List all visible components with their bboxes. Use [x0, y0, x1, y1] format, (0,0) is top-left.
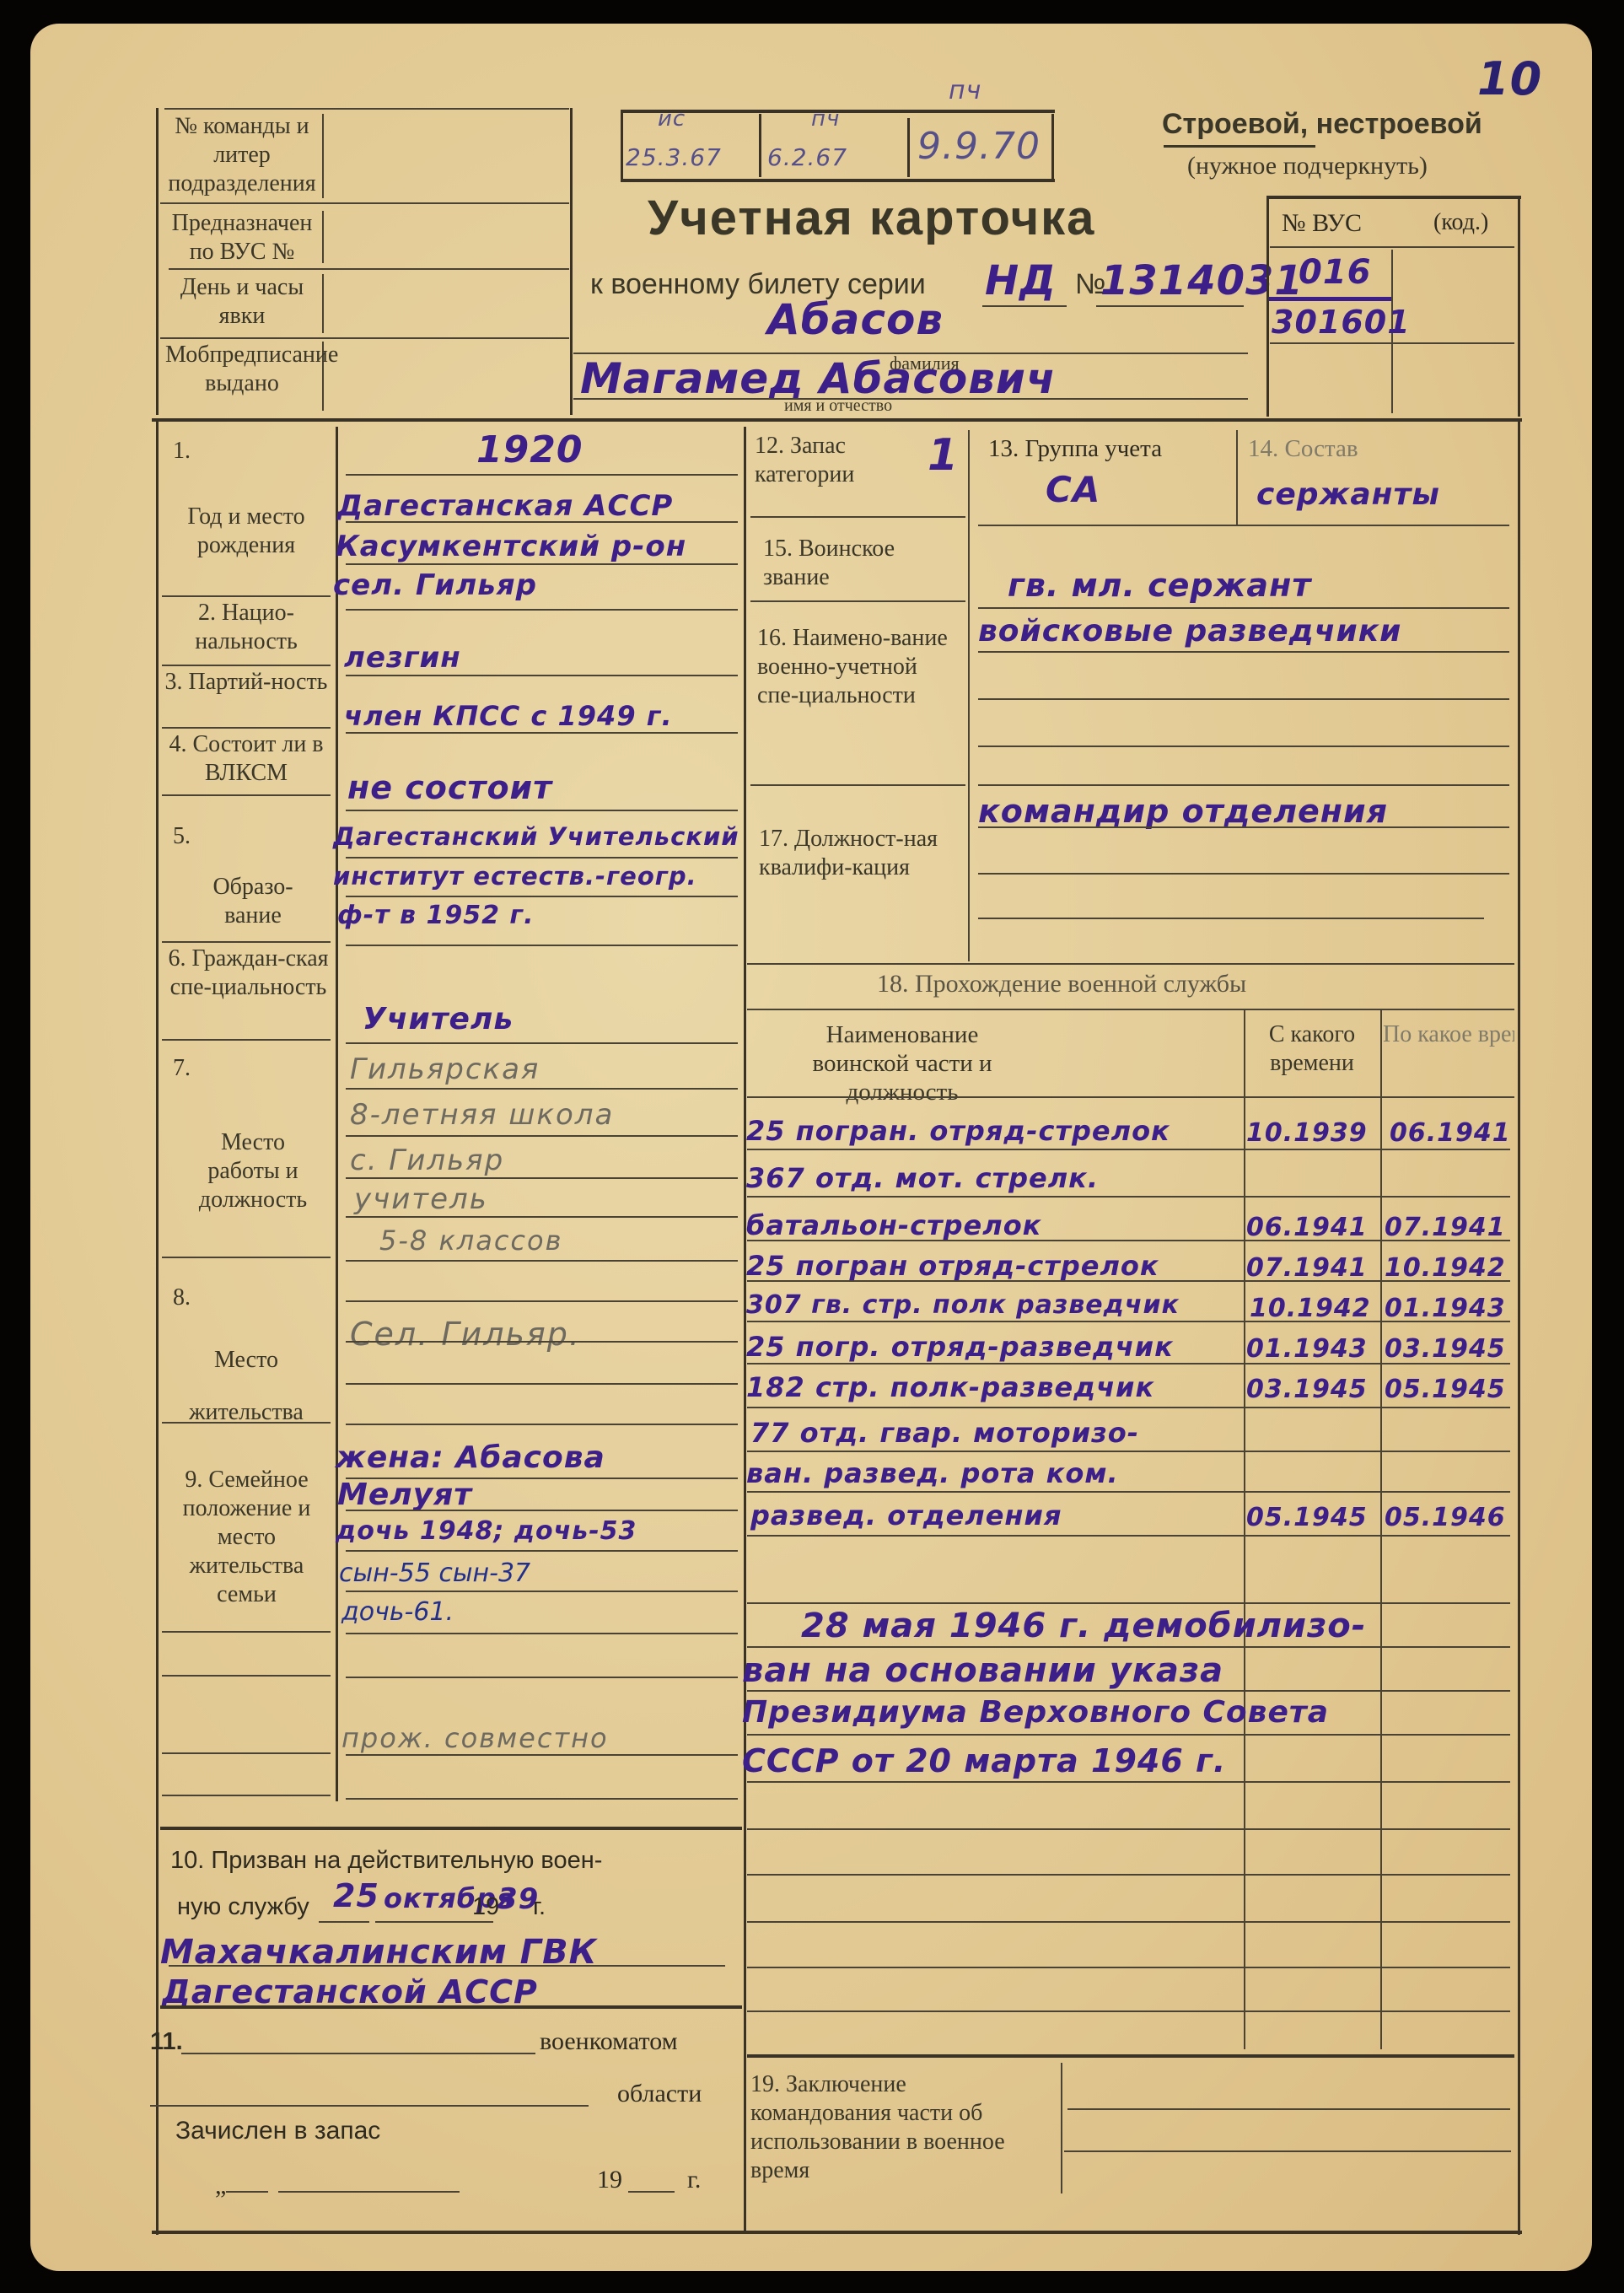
row-3-from: 06.1941 [1246, 1213, 1368, 1242]
komsomol-value: не состоит [347, 769, 552, 806]
row-5-to: 01.1943 [1385, 1294, 1506, 1323]
birth-place-3: сел. Гильяр [333, 568, 537, 602]
family-4: сын-55 сын-37 [339, 1558, 530, 1588]
field-12-label: 12. Запас категории [755, 432, 923, 489]
field-7-label: Место работы и должность [194, 1128, 312, 1214]
field-11-number: 11. [150, 2028, 183, 2056]
stamp-1-date: 25.3.67 [626, 143, 722, 171]
education-3: ф-т в 1952 г. [337, 901, 535, 930]
row-10-to: 05.1946 [1385, 1503, 1506, 1532]
row-5-unit: 307 гв. стр. полк разведчик [746, 1290, 1180, 1320]
row-3-to: 07.1941 [1385, 1213, 1506, 1242]
field-18-title: 18. Прохождение военной службы [877, 970, 1246, 998]
account-group-value: СА [1046, 469, 1100, 510]
vus-label: № ВУС [1282, 209, 1362, 238]
row-7-to: 05.1945 [1385, 1375, 1506, 1404]
left-box-label-1: № команды и литер подразделения [165, 112, 319, 198]
reserve-category-value: 1 [928, 430, 959, 481]
education-1: Дагестанский Учительский [333, 822, 739, 851]
row-7-from: 03.1945 [1246, 1375, 1368, 1404]
row-9-unit: ван. развед. рота ком. [746, 1457, 1119, 1489]
field-5-number: 5. [173, 822, 191, 851]
stamp-1-top: ис [658, 106, 686, 132]
field-19-label: 19. Заключение командования части об исп… [750, 2070, 1041, 2185]
residence-value: Сел. Гильяр. [350, 1316, 581, 1353]
field-9-label: 9. Семейное положение и место жительства… [160, 1466, 333, 1609]
family-3: дочь 1948; дочь-53 [336, 1516, 637, 1546]
row-2-unit: 367 отд. мот. стрелк. [746, 1162, 1099, 1194]
card-title: Учетная карточка [648, 190, 1095, 246]
family-2: Мелуят [337, 1478, 472, 1512]
surname: Абасов [767, 295, 944, 344]
left-box-label-2: Предназначен по ВУС № [165, 209, 319, 266]
service-col-from: С какого времени [1246, 1020, 1378, 1078]
rank-value: гв. мл. сержант [1008, 567, 1311, 604]
demob-note-3: Президиума Верховного Совета [742, 1695, 1329, 1730]
field-3-label: 3. Партий-ность [162, 668, 331, 697]
conscription-year-end: г. [533, 1893, 546, 1921]
specialty-value: войсковые разведчики [978, 614, 1401, 649]
workplace-5: 5-8 классов [379, 1225, 562, 1257]
row-1-from: 10.1939 [1246, 1118, 1368, 1148]
demob-note-1: 28 мая 1946 г. демобилизо- [801, 1607, 1366, 1645]
vus-number: 016 [1299, 253, 1372, 292]
qualification-value: командир отделения [978, 793, 1388, 830]
family-5: дочь-61. [341, 1597, 454, 1627]
field-1-label: Год и место рождения [162, 503, 331, 560]
field-17-label: 17. Должност-ная квалифи-кация [759, 825, 953, 882]
birth-place-2: Касумкентский р-он [336, 530, 686, 563]
oblast-label: области [617, 2080, 702, 2108]
name-caption: имя и отчество [784, 396, 892, 416]
ticket-series: НД [985, 257, 1057, 304]
vus-code-label: (код.) [1433, 209, 1488, 236]
stamp-3-date: 9.9.70 [917, 125, 1041, 168]
party-value: член КПСС с 1949 г. [344, 700, 673, 732]
birth-year: 1920 [476, 428, 583, 471]
vus-code: 301601 [1272, 304, 1411, 341]
field-7-number: 7. [173, 1054, 191, 1083]
left-box-label-3: День и часы явки [165, 273, 319, 331]
row-4-to: 10.1942 [1385, 1253, 1506, 1283]
field-6-label: 6. Граждан-ская спе-циальность [162, 945, 335, 1002]
row-3-unit: батальон-стрелок [746, 1209, 1041, 1241]
voenkomat-label: военкоматом [540, 2027, 678, 2056]
birth-place-1: Дагестанская АССР [337, 489, 673, 523]
field-16-label: 16. Наимено-вание военно-учетной спе-циа… [757, 624, 951, 710]
field-1-number: 1. [173, 437, 191, 466]
service-type: Строевой, нестроевой [1162, 108, 1482, 141]
field-8-number: 8. [173, 1284, 191, 1312]
row-4-from: 07.1941 [1246, 1253, 1368, 1283]
left-box-label-4: Мобпредписание выдано [165, 341, 319, 398]
conscription-day: 25 [333, 1877, 379, 1914]
reserve-year-prefix: 19 [597, 2166, 622, 2194]
demob-note-2: ван на основании указа [742, 1651, 1223, 1690]
row-7-unit: 182 стр. полк-разведчик [746, 1371, 1154, 1403]
row-6-from: 01.1943 [1246, 1334, 1368, 1364]
row-8-unit: 77 отд. гвар. моторизо- [750, 1417, 1139, 1449]
row-4-unit: 25 погран отряд-стрелок [746, 1250, 1159, 1282]
field-10-label-2: ную службу [177, 1893, 309, 1921]
row-10-from: 05.1945 [1246, 1503, 1368, 1532]
family-1: жена: Абасова [336, 1440, 605, 1475]
stamp-2-top: пч [811, 106, 840, 132]
field-10-label-1: 10. Призван на действительную воен- [170, 1847, 602, 1875]
page-number: 10 [1477, 52, 1542, 105]
field-14-label: 14. Состав [1248, 435, 1358, 463]
row-5-from: 10.1942 [1250, 1294, 1371, 1323]
staff-value: сержанты [1256, 477, 1440, 512]
workplace-1: Гильярская [350, 1052, 540, 1086]
conscription-year-prefix: 19 [472, 1893, 499, 1921]
top-stamp-note: пч [949, 76, 981, 105]
civil-specialty-value: Учитель [363, 1002, 514, 1036]
demob-note-4: СССР от 20 марта 1946 г. [742, 1742, 1226, 1779]
workplace-3: с. Гильяр [350, 1144, 504, 1177]
field-15-label: 15. Воинское звание [763, 535, 949, 592]
workplace-2: 8-летняя школа [350, 1098, 614, 1132]
nationality-value: лезгин [344, 641, 461, 675]
field-8-label-top: Место [162, 1346, 331, 1375]
field-2-label: 2. Нацио-нальность [162, 599, 331, 656]
field-4-label: 4. Состоит ли в ВЛКСМ [162, 730, 331, 788]
row-6-to: 03.1945 [1385, 1334, 1506, 1364]
row-1-unit: 25 погран. отряд-стрелок [746, 1115, 1170, 1147]
reserve-label: Зачислен в запас [175, 2117, 380, 2145]
row-6-unit: 25 погр. отряд-разведчик [746, 1331, 1174, 1363]
stamp-2-date: 6.2.67 [767, 143, 847, 171]
reserve-year-end: г. [687, 2166, 701, 2194]
service-col-to: По какое время [1383, 1020, 1514, 1049]
service-type-hint: (нужное подчеркнуть) [1187, 152, 1428, 180]
family-7: прож. совместно [341, 1722, 609, 1754]
education-2: институт естеств.-геогр. [333, 862, 697, 891]
field-5-label: Образо-вание [194, 873, 312, 930]
workplace-4: учитель [354, 1182, 488, 1216]
row-1-to: 06.1941 [1390, 1118, 1511, 1148]
field-13-label: 13. Группа учета [988, 435, 1162, 463]
row-10-unit: развед. отделения [750, 1499, 1062, 1531]
service-col-unit: Наименование воинской части и должность [793, 1020, 1012, 1106]
